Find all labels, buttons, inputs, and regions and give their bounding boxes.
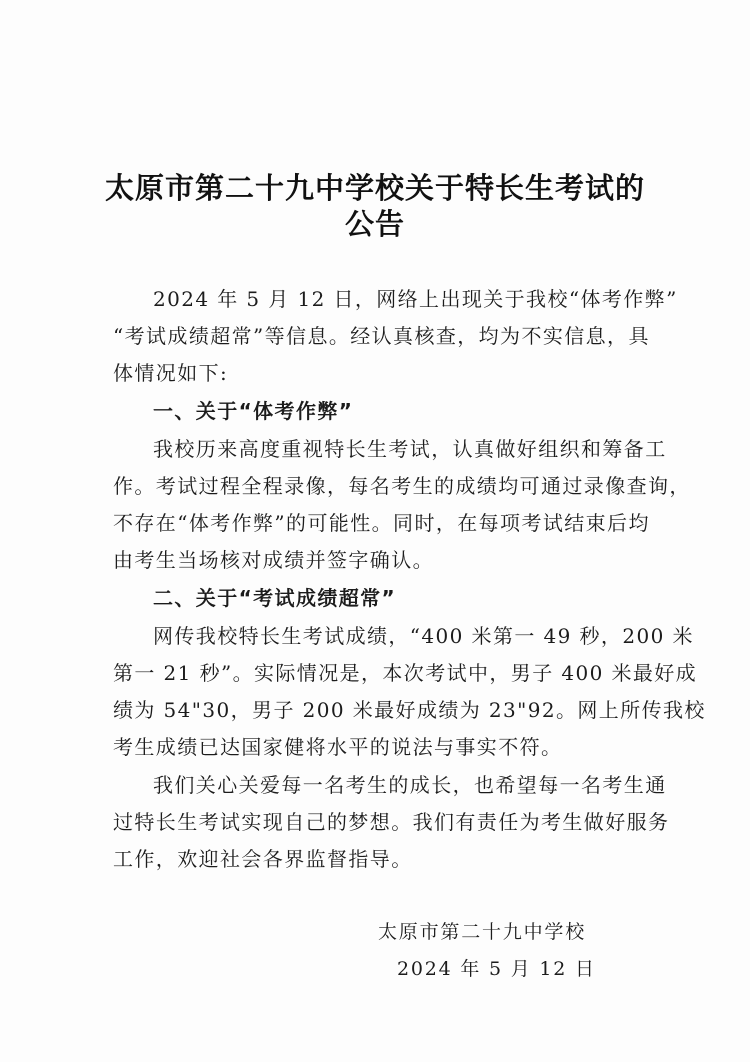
intro-line: 体情况如下: [113,360,648,386]
intro-line: 2024 年 5 月 12 日，网络上出现关于我校“体考作弊” [153,286,688,312]
section-2-line: 绩为 54"30，男子 200 米最好成绩为 23"92。网上所传我校 [113,697,648,723]
section-1-line: 我校历来高度重视特长生考试，认真做好组织和筹备工 [153,436,688,462]
section-1-heading: 一、关于“体考作弊” [153,398,688,424]
document-title-line1: 太原市第二十九中学校关于特长生考试的 [0,166,750,207]
signature-date: 2024 年 5 月 12 日 [397,954,596,981]
document-page: 太原市第二十九中学校关于特长生考试的 公告 2024 年 5 月 12 日，网络… [0,0,750,1062]
document-title-line2: 公告 [0,202,750,243]
section-2-line: 考生成绩已达国家健将水平的说法与事实不符。 [113,734,648,760]
section-2-heading: 二、关于“考试成绩超常” [153,585,688,611]
section-1-line: 不存在“体考作弊”的可能性。同时，在每项考试结束后均 [113,510,648,536]
closing-line: 工作，欢迎社会各界监督指导。 [113,846,648,872]
section-2-line: 第一 21 秒”。实际情况是，本次考试中，男子 400 米最好成 [113,660,648,686]
closing-line: 过特长生考试实现自己的梦想。我们有责任为考生做好服务 [113,809,648,835]
section-1-line: 由考生当场核对成绩并签字确认。 [113,547,648,573]
signature-organization: 太原市第二十九中学校 [378,917,586,944]
section-1-line: 作。考试过程全程录像，每名考生的成绩均可通过录像查询， [113,473,648,499]
closing-line: 我们关心关爱每一名考生的成长，也希望每一名考生通 [153,772,688,798]
section-2-line: 网传我校特长生考试成绩，“400 米第一 49 秒，200 米 [153,623,688,649]
intro-line: “考试成绩超常”等信息。经认真核查，均为不实信息，具 [113,323,648,349]
